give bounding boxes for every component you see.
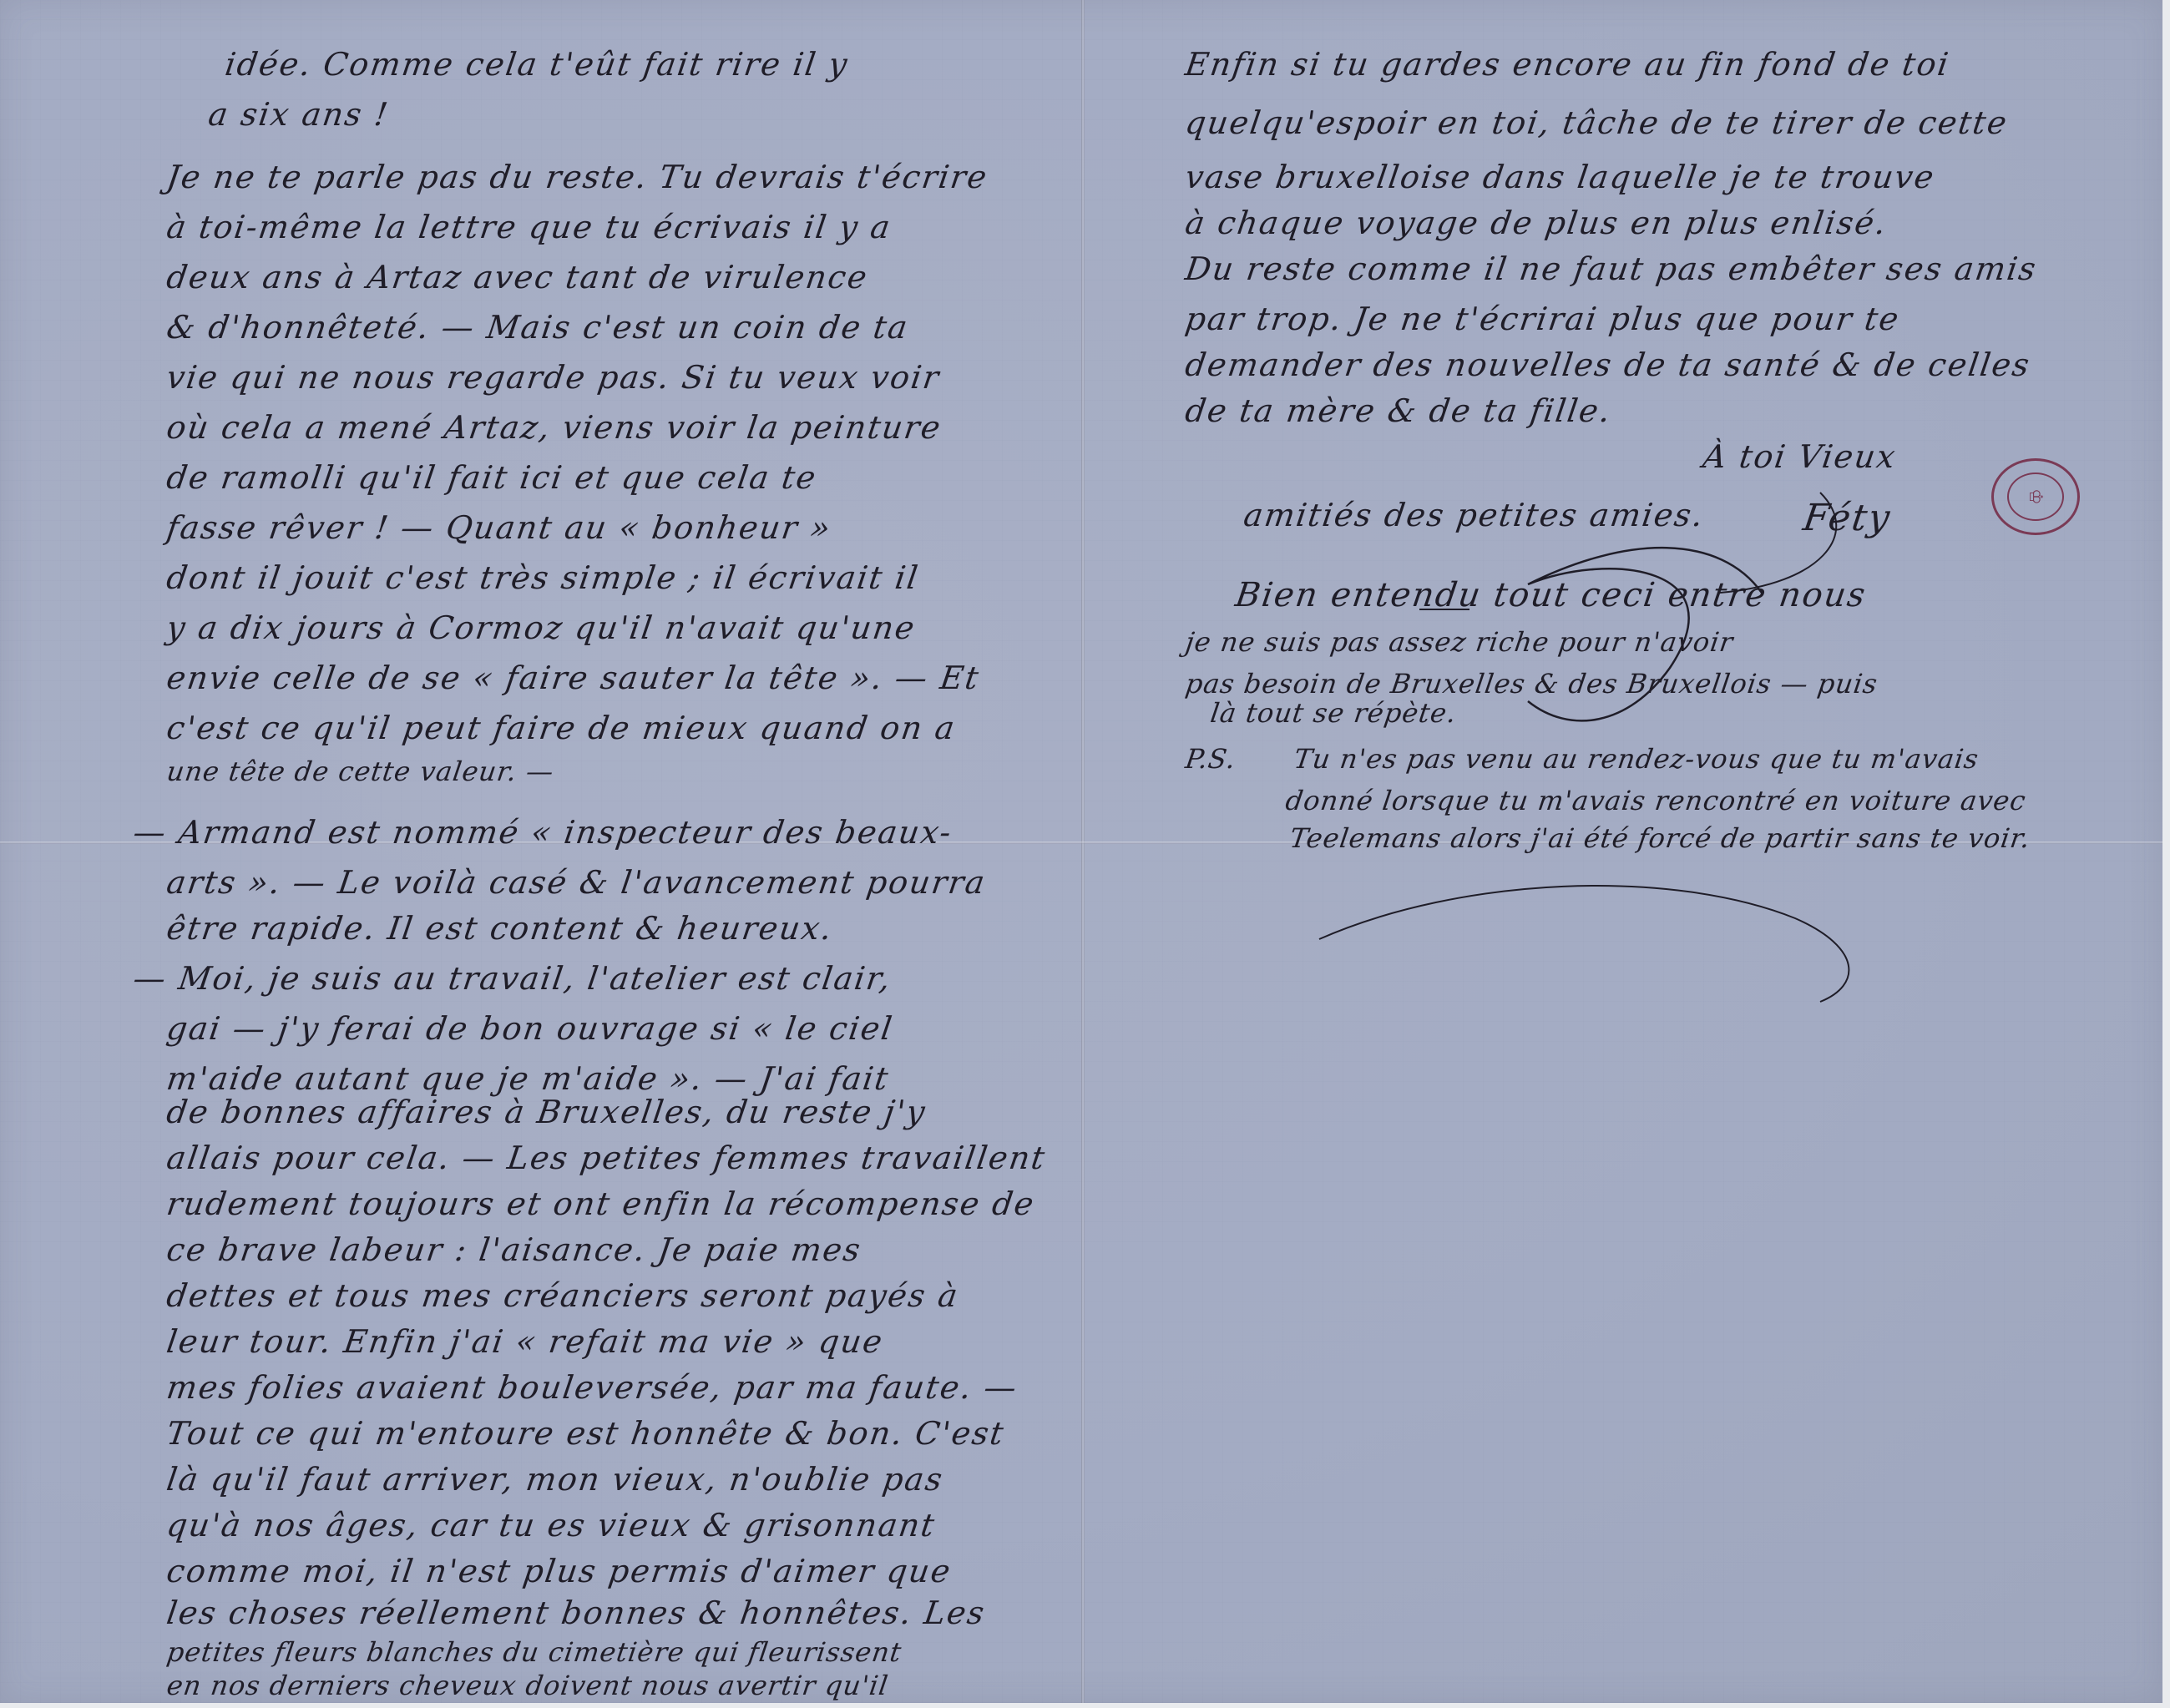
handwritten-line: qu'à nos âges, car tu es vieux & grisonn… xyxy=(164,1507,938,1544)
signature: Féty xyxy=(1800,497,1894,539)
handwritten-line: dont il jouit c'est très simple ; il écr… xyxy=(164,559,922,596)
lion-rampant-icon: ♔ xyxy=(2007,472,2064,521)
handwritten-line: allais pour cela. — Les petites femmes t… xyxy=(164,1140,1049,1176)
handwritten-line: leur tour. Enfin j'ai « refait ma vie » … xyxy=(164,1323,886,1360)
handwritten-line: Du reste comme il ne faut pas embêter se… xyxy=(1183,250,2040,287)
note-line: là tout se répète. xyxy=(1208,697,1459,729)
left-page: idée. Comme cela t'eût fait rire il y a … xyxy=(150,0,1077,1703)
ps-line: Tu n'es pas venu au rendez-vous que tu m… xyxy=(1292,743,1980,775)
handwritten-line: c'est ce qu'il peut faire de mieux quand… xyxy=(164,710,959,746)
center-fold xyxy=(1081,0,1085,1703)
handwritten-line: — Armand est nommé « inspecteur des beau… xyxy=(131,814,955,851)
handwritten-line: mes folies avaient bouleversée, par ma f… xyxy=(164,1369,1020,1406)
handwritten-line: là qu'il faut arriver, mon vieux, n'oubl… xyxy=(164,1461,946,1498)
handwritten-line: une tête de cette valeur. — xyxy=(164,755,556,787)
ps-line: donné lorsque tu m'avais rencontré en vo… xyxy=(1283,785,2028,816)
handwritten-line: quelqu'espoir en toi, tâche de te tirer … xyxy=(1183,104,2011,141)
handwritten-line: envie celle de se « faire sauter la tête… xyxy=(164,659,982,696)
handwritten-line: ce brave labeur : l'aisance. Je paie mes xyxy=(164,1231,864,1268)
handwritten-line: Je ne te parle pas du reste. Tu devrais … xyxy=(164,159,990,195)
handwritten-line: rudement toujours et ont enfin la récomp… xyxy=(164,1185,1038,1222)
handwritten-line: vie qui ne nous regarde pas. Si tu veux … xyxy=(164,359,943,396)
library-stamp: ♔ xyxy=(1991,458,2080,535)
handwritten-line: a six ans ! xyxy=(206,96,392,133)
handwritten-line: être rapide. Il est content & heureux. xyxy=(164,910,836,947)
handwritten-line: Tout ce qui m'entoure est honnête & bon.… xyxy=(164,1415,1007,1452)
handwritten-line: & d'honnêteté. — Mais c'est un coin de t… xyxy=(164,309,911,346)
note-line: pas besoin de Bruxelles & des Bruxellois… xyxy=(1183,668,1879,700)
handwritten-line: idée. Comme cela t'eût fait rire il y xyxy=(223,46,851,83)
handwritten-line: comme moi, il n'est plus permis d'aimer … xyxy=(164,1553,954,1589)
closing-line: À toi Vieux xyxy=(1701,438,1899,475)
handwritten-line: demander des nouvelles de ta santé & de … xyxy=(1183,346,2033,383)
regards-line: amitiés des petites amies. xyxy=(1242,497,1707,533)
handwritten-line: où cela a mené Artaz, viens voir la pein… xyxy=(164,409,944,446)
handwritten-line: — Moi, je suis au travail, l'atelier est… xyxy=(131,960,894,997)
handwritten-line: deux ans à Artaz avec tant de virulence xyxy=(164,259,871,296)
handwritten-line: par trop. Je ne t'écrirai plus que pour … xyxy=(1183,301,1902,337)
handwritten-line: petites fleurs blanches du cimetière qui… xyxy=(164,1636,903,1668)
handwritten-line: à toi-même la lettre que tu écrivais il … xyxy=(164,209,894,245)
handwritten-line: dettes et tous mes créanciers seront pay… xyxy=(164,1277,962,1314)
handwritten-line: arts ». — Le voilà casé & l'avancement p… xyxy=(164,864,989,901)
handwritten-line: fasse rêver ! — Quant au « bonheur » xyxy=(164,509,834,546)
ps-label: P.S. xyxy=(1183,743,1238,775)
handwritten-line: de ramolli qu'il fait ici et que cela te xyxy=(164,459,819,496)
handwritten-line: les choses réellement bonnes & honnêtes.… xyxy=(164,1594,988,1631)
letter-sheet: idée. Comme cela t'eût fait rire il y a … xyxy=(0,0,2162,1703)
handwritten-line: y a dix jours à Cormoz qu'il n'avait qu'… xyxy=(164,609,918,646)
right-page: Enfin si tu gardes encore au fin fond de… xyxy=(1186,0,2154,1703)
handwritten-line: Enfin si tu gardes encore au fin fond de… xyxy=(1183,46,1952,83)
note-line: Bien entendu tout ceci entre nous xyxy=(1233,576,1869,614)
handwritten-line: en nos derniers cheveux doivent nous ave… xyxy=(164,1670,890,1701)
handwritten-line: m'aide autant que je m'aide ». — J'ai fa… xyxy=(164,1060,892,1097)
handwritten-line: de ta mère & de ta fille. xyxy=(1183,392,1614,429)
handwritten-line: vase bruxelloise dans laquelle je te tro… xyxy=(1183,159,1938,195)
handwritten-line: de bonnes affaires à Bruxelles, du reste… xyxy=(164,1094,928,1130)
handwritten-line: gai — j'y ferai de bon ouvrage si « le c… xyxy=(164,1010,896,1047)
ps-line: Teelemans alors j'ai été forcé de partir… xyxy=(1287,822,2032,854)
note-line: je ne suis pas assez riche pour n'avoir xyxy=(1183,626,1735,658)
handwritten-line: à chaque voyage de plus en plus enlisé. xyxy=(1183,205,1889,241)
